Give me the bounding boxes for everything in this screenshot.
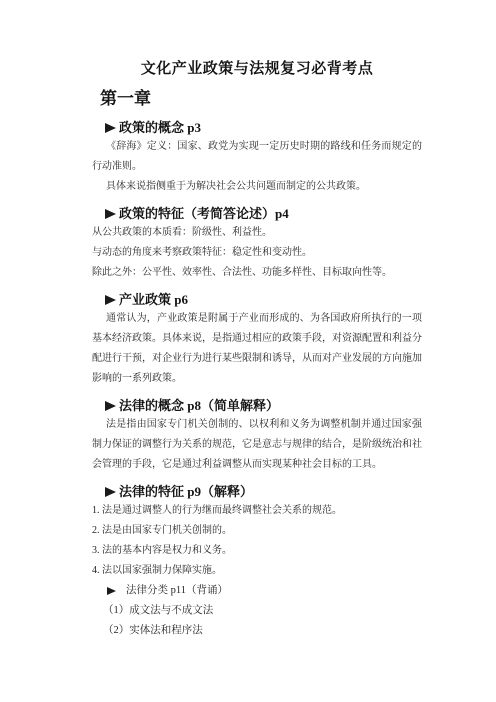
chapter-heading: 第一章 <box>100 87 422 111</box>
paragraph: 具体来说指侧重于为解决社会公共问题而制定的公共政策。 <box>92 177 422 197</box>
section-heading-text: 产业政策 p6 <box>119 291 188 309</box>
section-heading: 产业政策 p6 <box>105 291 422 309</box>
section-heading-text: 政策的特征（考简答论述）p4 <box>119 205 289 223</box>
sub-bullet-heading: 法律分类 p11（背诵） <box>107 581 422 601</box>
sub-item: （2）实体法和程序法 <box>103 621 422 641</box>
section-heading: 政策的特征（考简答论述）p4 <box>105 205 422 223</box>
numbered-item: 1. 法是通过调整人的行为继而最终调整社会关系的规范。 <box>92 501 422 521</box>
arrowhead-bullet-icon <box>105 123 116 133</box>
paragraph: 与动态的角度来考察政策特征：稳定性和变动性。 <box>92 243 422 263</box>
numbered-item: 2. 法是由国家专门机关创制的。 <box>92 521 422 541</box>
arrowhead-bullet-icon <box>105 209 116 219</box>
section-heading-text: 法律的特征 p9（解释） <box>119 483 253 501</box>
numbered-item: 4. 法以国家强制力保障实施。 <box>92 561 422 581</box>
document-title: 文化产业政策与法规复习必背考点 <box>92 58 422 80</box>
paragraph: 除此之外：公平性、效率性、合法性、功能多样性、目标取向性等。 <box>92 263 422 283</box>
section-law-concept: 法律的概念 p8（简单解释） 法是指由国家专门机关创制的、以权利和义务为调整机制… <box>92 397 422 475</box>
section-heading: 政策的概念 p3 <box>105 119 422 137</box>
document-page: 文化产业政策与法规复习必背考点 第一章 政策的概念 p3 《辞海》定义：国家、政… <box>0 0 496 702</box>
numbered-item: 3. 法的基本内容是权力和义务。 <box>92 541 422 561</box>
sub-bullet-heading-text: 法律分类 p11（背诵） <box>126 581 228 601</box>
paragraph: 通常认为，产业政策是附属于产业而形成的、为各国政府所执行的一项基本经济政策。具体… <box>92 309 422 389</box>
arrowhead-bullet-icon <box>105 401 116 411</box>
section-heading-text: 政策的概念 p3 <box>119 119 201 137</box>
section-heading-text: 法律的概念 p8（简单解释） <box>119 397 279 415</box>
paragraph: 从公共政策的本质看：阶级性、利益性。 <box>92 223 422 243</box>
section-heading: 法律的概念 p8（简单解释） <box>105 397 422 415</box>
sub-item: （1）成文法与不成文法 <box>103 601 422 621</box>
paragraph: 《辞海》定义：国家、政党为实现一定历史时期的路线和任务而规定的行动准则。 <box>92 137 422 177</box>
paragraph: 法是指由国家专门机关创制的、以权利和义务为调整机制并通过国家强制力保证的调整行为… <box>92 415 422 475</box>
document-content: 文化产业政策与法规复习必背考点 第一章 政策的概念 p3 《辞海》定义：国家、政… <box>92 58 422 641</box>
arrowhead-bullet-icon <box>107 587 116 595</box>
section-policy-features: 政策的特征（考简答论述）p4 从公共政策的本质看：阶级性、利益性。 与动态的角度… <box>92 205 422 283</box>
arrowhead-bullet-icon <box>105 295 116 305</box>
section-industrial-policy: 产业政策 p6 通常认为，产业政策是附属于产业而形成的、为各国政府所执行的一项基… <box>92 291 422 389</box>
arrowhead-bullet-icon <box>105 487 116 497</box>
section-law-features: 法律的特征 p9（解释） 1. 法是通过调整人的行为继而最终调整社会关系的规范。… <box>92 483 422 641</box>
section-policy-concept: 政策的概念 p3 《辞海》定义：国家、政党为实现一定历史时期的路线和任务而规定的… <box>92 119 422 197</box>
section-heading: 法律的特征 p9（解释） <box>105 483 422 501</box>
